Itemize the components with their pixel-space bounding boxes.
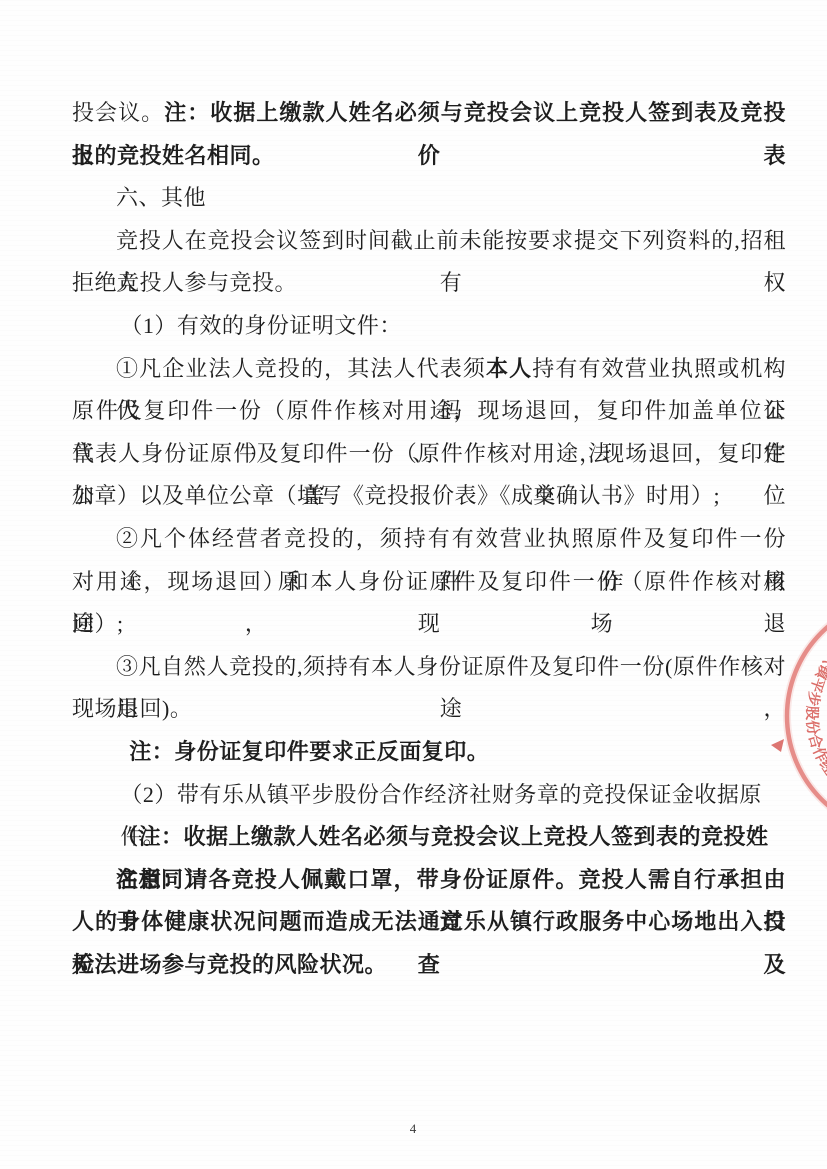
text-line: ①凡企业法人竞投的，其法人代表须本人持有有效营业执照或机构代码证 (72, 348, 786, 391)
text-line: 竞投人在竞投会议签到时间截止前未能按要求提交下列资料的,招租人有权 (72, 220, 786, 263)
text-line: 人的身体健康状况问题而造成无法通过乐从镇行政服务中心场地出入口检查及 (72, 901, 786, 944)
text-line: （1）有效的身份证明文件： (72, 305, 786, 348)
text-line: 注意：请各竞投人佩戴口罩，带身份证原件。竞投人需自行承担由于竞投 (72, 859, 786, 902)
seal-ring-icon (787, 598, 827, 834)
text-segment-bold: 无法进场参与竞投的风险状况。 (72, 952, 387, 977)
text-segment: 投会议。 (72, 100, 164, 125)
text-line: ③凡自然人竞投的,须持有本人身份证原件及复印件一份(原件作核对用途， (72, 646, 786, 689)
text-line: ②凡个体经营者竞投的，须持有有效营业执照原件及复印件一份（原件作核 (72, 518, 786, 561)
document-page: 投会议。注：收据上缴款人姓名必须与竞投会议上竞投人签到表及竞投报价表上的竞投姓名… (0, 0, 827, 1169)
text-line: 注：身份证复印件要求正反面复印。 (72, 731, 786, 774)
text-segment: ③凡自然人竞投的,须持有本人身份证原件及复印件一份(原件作核对用途， (116, 654, 786, 722)
text-segment-bold: 注：身份证复印件要求正反面复印。 (129, 739, 489, 764)
page-number: 4 (0, 1121, 827, 1137)
text-line: 对用途，现场退回）和本人身份证原件及复印件一份（原件作核对用途，现场退 (72, 561, 786, 604)
text-line: （2）带有乐从镇平步股份合作经济社财务章的竞投保证金收据原件。 (72, 774, 786, 817)
text-line: 公章）以及单位公章（填写《竞投报价表》《成交确认书》时用）; (72, 475, 786, 518)
text-line: 代表人身份证原件及复印件一份（原件作核对用途，现场退回，复印件加盖单位 (72, 433, 786, 476)
text-segment: 六、其他 (116, 185, 206, 210)
text-segment-bold: 本人 (486, 356, 532, 381)
text-segment: ①凡企业法人竞投的，其法人代表须 (116, 356, 486, 381)
text-segment-bold: 上的竞投姓名相同。 (72, 143, 275, 168)
text-line: 投会议。注：收据上缴款人姓名必须与竞投会议上竞投人签到表及竞投报价表 (72, 92, 786, 135)
text-segment: （1）有效的身份证明文件： (120, 313, 402, 338)
text-line: （注：收据上缴款人姓名必须与竞投会议上竞投人签到表的竞投姓名相同） (72, 816, 786, 859)
text-segment: 对用途，现场退回）和本人身份证原件及复印件一份（原件作核对用途，现场退 (72, 569, 786, 637)
text-segment: 现场退回)。 (72, 696, 192, 721)
text-line: 原件及复印件一份（原件作核对用途，现场退回，复印件加盖单位公章）、法定 (72, 390, 786, 433)
document-body: 投会议。注：收据上缴款人姓名必须与竞投会议上竞投人签到表及竞投报价表上的竞投姓名… (72, 92, 786, 986)
text-segment: 拒绝竞投人参与竞投。 (72, 270, 297, 295)
text-segment: 公章）以及单位公章（填写《竞投报价表》《成交确认书》时用）; (72, 483, 720, 508)
text-line: 六、其他 (72, 177, 786, 220)
text-segment: 回）; (72, 611, 124, 636)
